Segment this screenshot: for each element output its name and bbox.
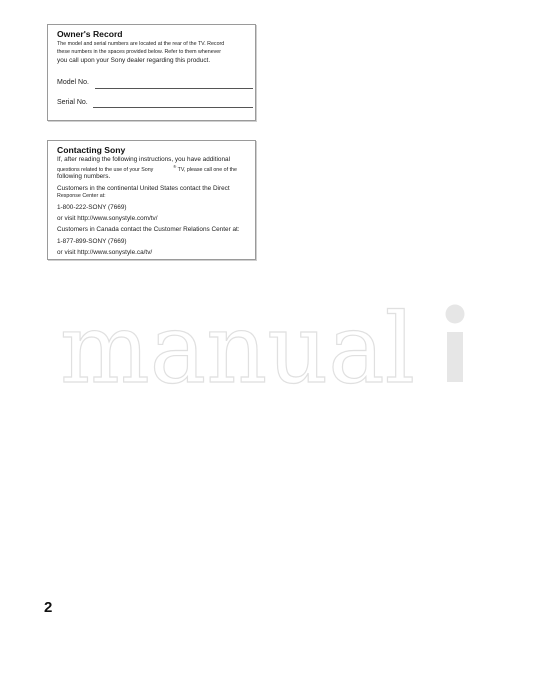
watermark-i-stem (447, 332, 463, 382)
contacting-sony-title: Contacting Sony (57, 145, 125, 155)
model-number-field[interactable] (95, 88, 253, 89)
us-website: or visit http://www.sonystyle.com/tv/ (57, 215, 158, 222)
model-number-label: Model No. (57, 79, 89, 86)
canada-phone: 1-877-899-SONY (7669) (57, 238, 127, 245)
owners-record-text-line3: you call upon your Sony dealer regarding… (57, 57, 210, 64)
watermark-i-dot (446, 305, 465, 324)
contacting-sony-line2-b: TV, please call one of the (178, 167, 237, 173)
canada-contact-line: Customers in Canada contact the Customer… (57, 226, 240, 233)
manuali-watermark: manual (60, 296, 470, 388)
page-number: 2 (44, 599, 52, 616)
us-contact-line1: Customers in the continental United Stat… (57, 185, 230, 192)
serial-number-field[interactable] (93, 107, 253, 108)
us-contact-line2: Response Center at: (57, 193, 106, 199)
contacting-sony-box: Contacting Sony If, after reading the fo… (47, 140, 256, 260)
contacting-sony-line3: following numbers. (57, 173, 110, 180)
contacting-sony-line2-a: questions related to the use of your Son… (57, 167, 153, 173)
us-phone: 1-800-222-SONY (7669) (57, 204, 127, 211)
owners-record-text-line1: The model and serial numbers are located… (57, 41, 224, 47)
serial-number-label: Serial No. (57, 99, 88, 106)
contacting-sony-line2: questions related to the use of your Son… (57, 164, 237, 173)
owners-record-text-line2: these numbers in the spaces provided bel… (57, 49, 221, 55)
watermark-outline-text: manual (60, 296, 415, 388)
owners-record-title: Owner's Record (57, 29, 123, 39)
contacting-sony-line1: If, after reading the following instruct… (57, 156, 230, 163)
registered-mark: ® (173, 164, 176, 169)
owners-record-box: Owner's Record The model and serial numb… (47, 24, 256, 121)
canada-website: or visit http://www.sonystyle.ca/tv/ (57, 249, 152, 256)
